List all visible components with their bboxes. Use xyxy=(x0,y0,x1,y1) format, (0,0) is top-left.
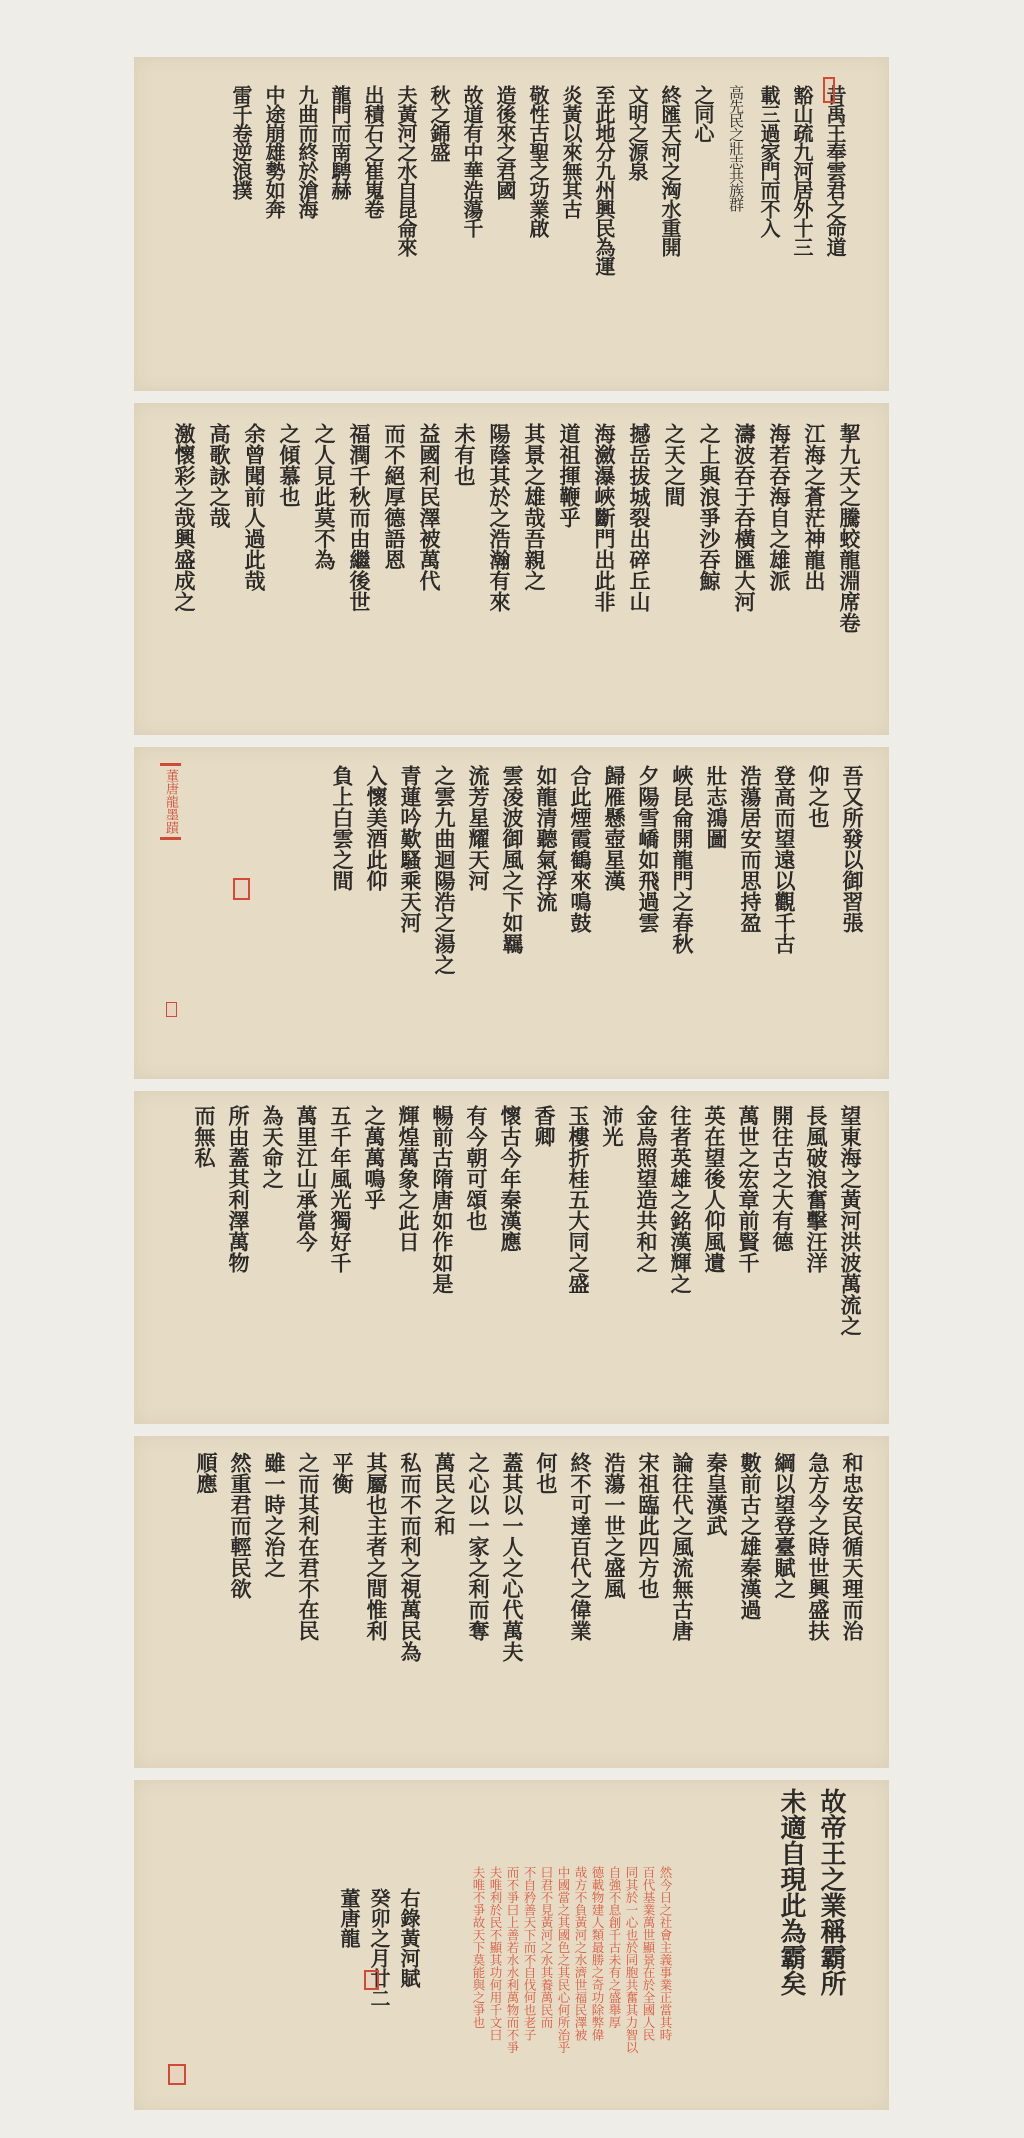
text-column: 有今朝可頌也 xyxy=(459,1105,493,1410)
text-column: 九曲而終於滄海 xyxy=(290,85,323,375)
text-column: 登高而望遠以觀千古 xyxy=(767,765,801,1065)
text-column: 海瀲瀑峽斷門出此非 xyxy=(587,423,622,723)
annotation-column: 不自矜善天下而不自伐何也老子 xyxy=(521,1866,538,2096)
text-column: 浩蕩一世之盛風 xyxy=(597,1452,631,1752)
text-column: 長風破浪奮擊汪洋 xyxy=(799,1105,833,1410)
annotation-column: 自強不息創千古未有之盛舉厚 xyxy=(606,1866,623,2096)
text-column: 浩蕩居安而思持盈 xyxy=(733,765,767,1065)
panel-5: 和忠安民循天理而治 急方今之時世興盛扶 綱以望登臺賦之 數前古之雄秦漢過 秦皇漢… xyxy=(134,1436,889,1768)
text-column: 龍門而南騁赫 xyxy=(323,85,356,375)
text-column: 其屬也主者之間惟利 xyxy=(359,1452,393,1752)
text-column: 和忠安民循天理而治 xyxy=(835,1452,869,1752)
text-column: 蓋其以一人之心代萬夫 xyxy=(495,1452,529,1752)
panel-6-closing-text: 故帝王之業稱霸所 未適自現此為霸矣 xyxy=(771,1788,851,2108)
panel-1-text: 昔禹王奉雲君之命道 豁山疏九河居外十三 載三過家門而不入 高先民之壯志共族群 之… xyxy=(224,85,851,375)
text-column: 開往古之大有德 xyxy=(765,1105,799,1410)
text-column: 夕陽雪嶠如飛過雲 xyxy=(631,765,665,1065)
text-column: 之心以一家之利而奪 xyxy=(461,1452,495,1752)
text-column: 歸雁懸壺星漢 xyxy=(597,765,631,1065)
text-column: 然重君而輕民欲 xyxy=(223,1452,257,1752)
text-column: 之萬萬鳴乎 xyxy=(357,1105,391,1410)
artist-seal-icon xyxy=(364,1970,379,1990)
red-seal-icon xyxy=(166,1002,177,1017)
text-column: 豁山疏九河居外十三 xyxy=(785,85,818,375)
text-column: 萬世之宏章前賢千 xyxy=(731,1105,765,1410)
text-column: 沛光 xyxy=(595,1105,629,1410)
text-column: 而無私 xyxy=(187,1105,221,1410)
annotation-column: 夫唯不爭故天下莫能與之爭也 xyxy=(470,1866,487,2096)
text-column: 撼岳拔城裂出碎丘山 xyxy=(622,423,657,723)
text-column: 香卿 xyxy=(527,1105,561,1410)
colophon-signature: 董唐龍 xyxy=(334,1888,364,2048)
text-column: 其景之雄哉吾親之 xyxy=(517,423,552,723)
text-column: 如龍清聽氣浮流 xyxy=(529,765,563,1065)
text-column: 敬性古聖之功業啟 xyxy=(521,85,554,375)
panel-3: 董唐龍墨蹟 吾又所發以御習張 仰之也 登高而望遠以觀千古 浩蕩居安而思持盈 壯志… xyxy=(134,747,889,1079)
text-column: 雷千卷逆浪撲 xyxy=(224,85,257,375)
text-column: 萬民之和 xyxy=(427,1452,461,1752)
text-column: 之雲九曲迴陽浩之湯之 xyxy=(427,765,461,1065)
text-column: 之傾慕也 xyxy=(272,423,307,723)
text-column: 英在望後人仰風遺 xyxy=(697,1105,731,1410)
text-column: 高先民之壯志共族群 xyxy=(719,85,752,375)
annotation-column: 夫唯利於民不顯其功何用千文曰 xyxy=(487,1866,504,2096)
text-column: 江海之蒼茫神龍出 xyxy=(797,423,832,723)
text-column: 流芳星耀天河 xyxy=(461,765,495,1065)
red-annotation: 然今日之社會主義事業正當其時 百代基業萬世顯景在於全國人民 同其於一心也於同胞共… xyxy=(470,1866,674,2096)
text-column: 余曾聞前人過此哉 xyxy=(237,423,272,723)
text-column: 暢前古隋唐如作如是 xyxy=(425,1105,459,1410)
text-column: 壯志鴻圖 xyxy=(699,765,733,1065)
text-column: 順應 xyxy=(189,1452,223,1752)
text-column: 激懷彩之哉興盛成之 xyxy=(167,423,202,723)
colophon: 右錄黃河賦 癸卯之月廿二 董唐龍 xyxy=(334,1888,424,2048)
text-column: 海若吞海自之雄派 xyxy=(762,423,797,723)
annotation-column: 同其於一心也於同胞共奮其力智以 xyxy=(623,1866,640,2096)
annotation-column: 哉方不負黃河之水濟世福民澤被 xyxy=(572,1866,589,2096)
text-column: 文明之源泉 xyxy=(620,85,653,375)
text-column: 福潤千秋而由繼後世 xyxy=(342,423,377,723)
text-column: 未有也 xyxy=(447,423,482,723)
text-column: 負上白雲之間 xyxy=(325,765,359,1065)
text-column: 雖一時之治之 xyxy=(257,1452,291,1752)
annotation-column: 曰君不見黃河之水其養萬民而 xyxy=(538,1866,555,2096)
panel-6: 故帝王之業稱霸所 未適自現此為霸矣 然今日之社會主義事業正當其時 百代基業萬世顯… xyxy=(134,1780,889,2110)
text-column: 吾又所發以御習張 xyxy=(835,765,869,1065)
text-column: 私而不而利之視萬民為 xyxy=(393,1452,427,1752)
text-column: 之人見此莫不為 xyxy=(307,423,342,723)
text-column: 合此煙霞鶴來鳴鼓 xyxy=(563,765,597,1065)
collector-seal-icon xyxy=(168,2064,186,2085)
text-column: 秋之錦盛 xyxy=(422,85,455,375)
text-column: 之而其利在君不在民 xyxy=(291,1452,325,1752)
text-column: 雲凌波御風之下如羈 xyxy=(495,765,529,1065)
colophon-title: 右錄黃河賦 xyxy=(394,1888,424,2048)
text-column: 道祖揮鞭乎 xyxy=(552,423,587,723)
text-column: 何也 xyxy=(529,1452,563,1752)
text-column: 玉樓折桂五大同之盛 xyxy=(561,1105,595,1410)
text-column: 炎黃以來無其古 xyxy=(554,85,587,375)
text-column: 青蓮吟歎騷乘天河 xyxy=(393,765,427,1065)
text-column: 輝煌萬象之此日 xyxy=(391,1105,425,1410)
text-column: 之同心 xyxy=(686,85,719,375)
panel-2-text: 挈九天之騰蛟龍淵席卷 江海之蒼茫神龍出 海若吞海自之雄派 濤波吞于吞橫匯大河 之… xyxy=(167,423,867,723)
text-column: 載三過家門而不入 xyxy=(752,85,785,375)
text-column: 濤波吞于吞橫匯大河 xyxy=(727,423,762,723)
text-column: 終匯天河之洶水重開 xyxy=(653,85,686,375)
text-column: 望東海之黃河洪波萬流之 xyxy=(833,1105,867,1410)
text-column: 急方今之時世興盛扶 xyxy=(801,1452,835,1752)
colophon-date: 癸卯之月廿二 xyxy=(364,1888,394,2048)
text-column: 秦皇漢武 xyxy=(699,1452,733,1752)
text-column: 之天之間 xyxy=(657,423,692,723)
panel-4-text: 望東海之黃河洪波萬流之 長風破浪奮擊汪洋 開往古之大有德 萬世之宏章前賢千 英在… xyxy=(187,1105,867,1410)
panel-2: 挈九天之騰蛟龍淵席卷 江海之蒼茫神龍出 海若吞海自之雄派 濤波吞于吞橫匯大河 之… xyxy=(134,403,889,735)
annotation-column: 德載物建人類最勝之奇功除弊偉 xyxy=(589,1866,606,2096)
text-column: 益國利民澤被萬代 xyxy=(412,423,447,723)
text-column: 綱以望登臺賦之 xyxy=(767,1452,801,1752)
text-column: 峽昆侖開龍門之春秋 xyxy=(665,765,699,1065)
text-column: 仰之也 xyxy=(801,765,835,1065)
red-seal-icon xyxy=(233,878,250,900)
text-column: 而不絕厚德語恩 xyxy=(377,423,412,723)
red-title-seal: 董唐龍墨蹟 xyxy=(160,763,181,840)
panel-1: 昔禹王奉雲君之命道 豁山疏九河居外十三 載三過家門而不入 高先民之壯志共族群 之… xyxy=(134,57,889,391)
annotation-column: 中國當之其國色之其民心何所治乎 xyxy=(555,1866,572,2096)
text-column: 平衡 xyxy=(325,1452,359,1752)
text-column: 所由蓋其利澤萬物 xyxy=(221,1105,255,1410)
text-column: 為天命之 xyxy=(255,1105,289,1410)
text-column: 挈九天之騰蛟龍淵席卷 xyxy=(832,423,867,723)
text-column: 至此地分九州興民為運 xyxy=(587,85,620,375)
text-column: 論往代之風流無古唐 xyxy=(665,1452,699,1752)
text-column: 萬里江山承當今 xyxy=(289,1105,323,1410)
annotation-column: 然今日之社會主義事業正當其時 xyxy=(657,1866,674,2096)
text-column: 懷古今年秦漢應 xyxy=(493,1105,527,1410)
text-column: 陽蔭其於之浩瀚有來 xyxy=(482,423,517,723)
text-column: 昔禹王奉雲君之命道 xyxy=(818,85,851,375)
text-column: 故道有中華浩蕩千 xyxy=(455,85,488,375)
panel-3-text: 吾又所發以御習張 仰之也 登高而望遠以觀千古 浩蕩居安而思持盈 壯志鴻圖 峽昆侖… xyxy=(325,765,869,1065)
text-column: 未適自現此為霸矣 xyxy=(771,1788,811,2108)
text-column: 金烏照望造共和之 xyxy=(629,1105,663,1410)
text-column: 五千年風光獨好千 xyxy=(323,1105,357,1410)
text-column: 夫黃河之水自昆侖來 xyxy=(389,85,422,375)
annotation-column: 百代基業萬世顯景在於全國人民 xyxy=(640,1866,657,2096)
text-column: 往者英雄之銘漢輝之 xyxy=(663,1105,697,1410)
text-column: 宋祖臨此四方也 xyxy=(631,1452,665,1752)
annotation-column: 而不爭曰上善若水水利萬物而不爭 xyxy=(504,1866,521,2096)
text-column: 造後來之君國 xyxy=(488,85,521,375)
text-column: 入懷美酒此仰 xyxy=(359,765,393,1065)
calligraphy-scroll: 昔禹王奉雲君之命道 豁山疏九河居外十三 載三過家門而不入 高先民之壯志共族群 之… xyxy=(0,0,1024,2138)
text-column: 之上與浪爭沙吞鯨 xyxy=(692,423,727,723)
text-column: 高歌詠之哉 xyxy=(202,423,237,723)
panel-4: 望東海之黃河洪波萬流之 長風破浪奮擊汪洋 開往古之大有德 萬世之宏章前賢千 英在… xyxy=(134,1091,889,1424)
text-column: 出積石之崔嵬卷 xyxy=(356,85,389,375)
text-column: 終不可達百代之偉業 xyxy=(563,1452,597,1752)
panel-5-text: 和忠安民循天理而治 急方今之時世興盛扶 綱以望登臺賦之 數前古之雄秦漢過 秦皇漢… xyxy=(189,1452,869,1752)
red-seal-icon xyxy=(823,77,835,103)
text-column: 數前古之雄秦漢過 xyxy=(733,1452,767,1752)
text-column: 故帝王之業稱霸所 xyxy=(811,1788,851,2108)
text-column: 中途崩雄勢如奔 xyxy=(257,85,290,375)
